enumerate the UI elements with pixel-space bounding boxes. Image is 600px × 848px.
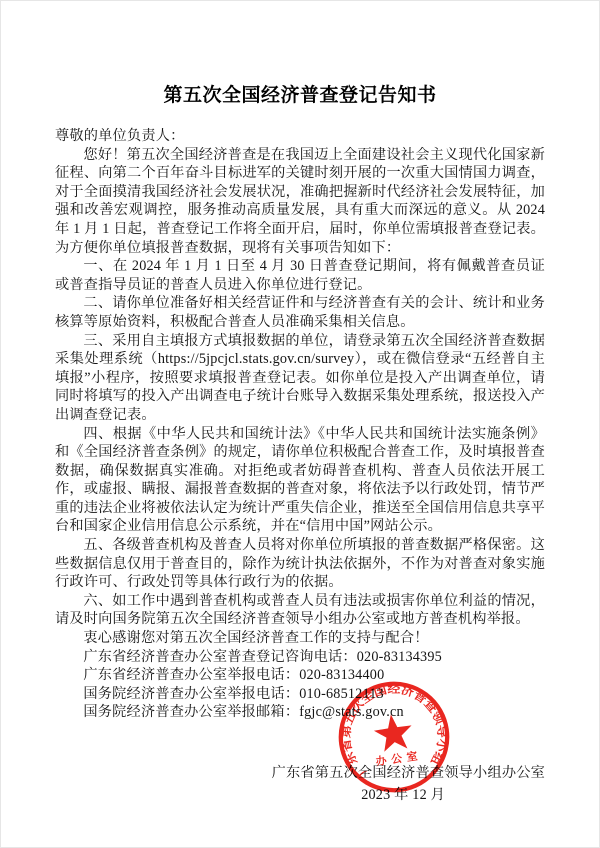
contact-line-province-report-phone: 广东省经济普查办公室举报电话：020-83134400 [55,666,545,685]
item-2-paragraph: 二、请你单位准备好相关经营证件和与经济普查有关的会计、统计和业务核算等原始资料，… [55,294,545,331]
salutation: 尊敬的单位负责人： [55,127,545,146]
intro-paragraph: 您好！第五次全国经济普查是在我国迈上全面建设社会主义现代化国家新征程、向第二个百… [55,146,545,258]
contact-line-state-report-phone: 国务院经济普查办公室举报电话：010-68512113 [55,685,545,704]
document-page: 第五次全国经济普查登记告知书 尊敬的单位负责人： 您好！第五次全国经济普查是在我… [0,0,600,848]
signoff-date: 2023 年 12 月 [55,784,545,804]
thanks-paragraph: 衷心感谢您对第五次全国经济普查工作的支持与配合！ [55,629,545,648]
item-1-paragraph: 一、在 2024 年 1 月 1 日至 4 月 30 日普查登记期间，将有佩戴普… [55,257,545,294]
document-title: 第五次全国经济普查登记告知书 [55,80,545,107]
item-4-paragraph: 四、根据《中华人民共和国统计法》《中华人民共和国统计法实施条例》和《全国经济普查… [55,425,545,537]
item-3-paragraph: 三、采用自主填报方式填报数据的单位，请登录第五次全国经济普查数据采集处理系统（h… [55,332,545,425]
document-body: 尊敬的单位负责人： 您好！第五次全国经济普查是在我国迈上全面建设社会主义现代化国… [55,127,545,722]
item-5-paragraph: 五、各级普查机构及普查人员将对你单位所填报的普查数据严格保密。这些数据信息仅用于… [55,536,545,592]
signoff-organization: 广东省第五次全国经济普查领导小组办公室 [55,762,545,782]
contact-line-consult-phone: 广东省经济普查办公室普查登记咨询电话：020-83134395 [55,648,545,667]
item-6-paragraph: 六、如工作中遇到普查机构或普查人员有违法或损害你单位利益的情况，请及时向国务院第… [55,592,545,629]
contact-line-report-email: 国务院经济普查办公室举报邮箱：fgjc@stats.gov.cn [55,703,545,722]
